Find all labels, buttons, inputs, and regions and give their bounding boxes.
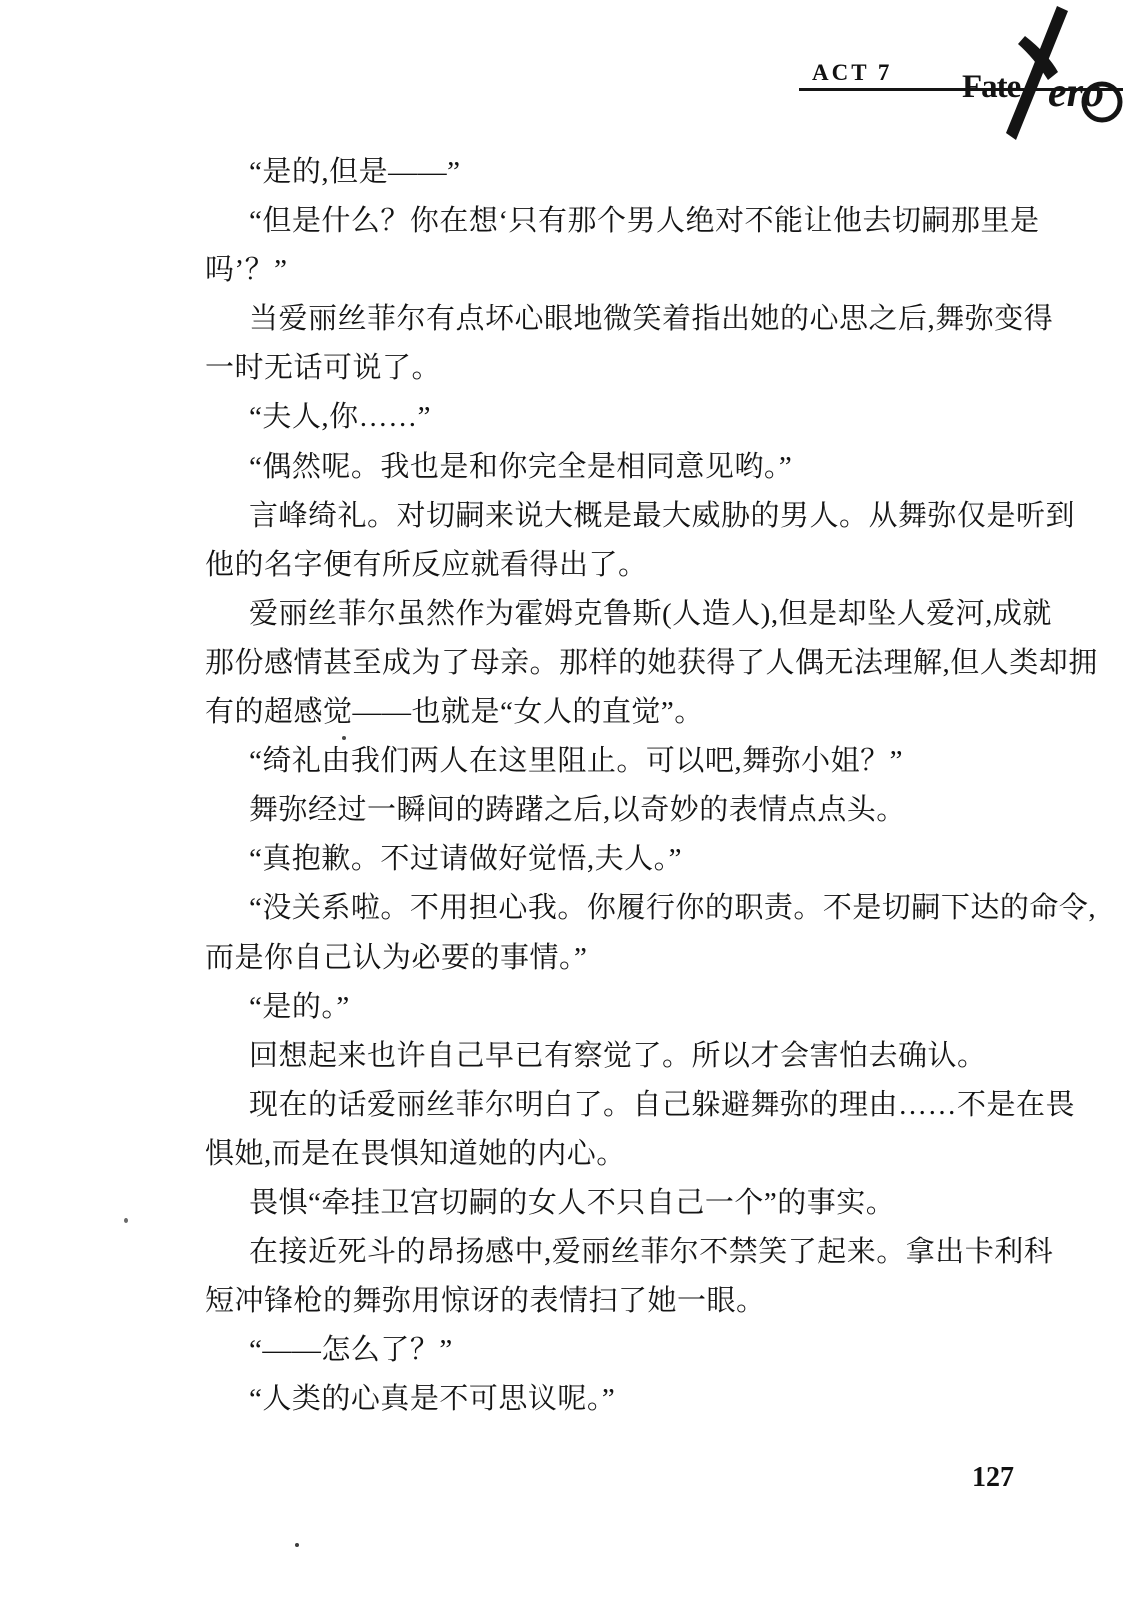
text-line: 回想起来也许自己早已有察觉了。所以才会害怕去确认。	[205, 1032, 991, 1081]
text-line: “人类的心真是不可思议呢。”	[205, 1375, 991, 1424]
fate-zero-logo-icon: Fate ero	[930, 2, 1130, 144]
text-line: 畏惧“牵挂卫宫切嗣的女人不只自己一个”的事实。	[205, 1179, 991, 1228]
text-line: 言峰绮礼。对切嗣来说大概是最大威胁的男人。从舞弥仅是听到	[205, 492, 991, 541]
text-line: 爱丽丝菲尔虽然作为霍姆克鲁斯(人造人),但是却坠人爱河,成就	[205, 590, 991, 639]
text-line: “是的,但是——”	[205, 148, 991, 197]
text-line: “偶然呢。我也是和你完全是相同意见哟。”	[205, 443, 991, 492]
text-line: 而是你自己认为必要的事情。”	[205, 934, 991, 983]
text-line: 他的名字便有所反应就看得出了。	[205, 541, 991, 590]
logo-zero-tail-text: ero	[1048, 70, 1104, 116]
text-line: 有的超感觉——也就是“女人的直觉”。	[205, 688, 991, 737]
text-line: 惧她,而是在畏惧知道她的内心。	[205, 1130, 991, 1179]
text-line: 短冲锋枪的舞弥用惊讶的表情扫了她一眼。	[205, 1277, 991, 1326]
ink-speck	[295, 1543, 299, 1547]
text-line: 舞弥经过一瞬间的踌躇之后,以奇妙的表情点点头。	[205, 786, 991, 835]
text-line: “真抱歉。不过请做好觉悟,夫人。”	[205, 835, 991, 884]
text-block: “是的,但是——”“但是什么？你在想‘只有那个男人绝对不能让他去切嗣那里是吗’？…	[205, 148, 991, 1424]
text-line: 一时无话可说了。	[205, 344, 991, 393]
text-line: “——怎么了？”	[205, 1326, 991, 1375]
ink-speck	[124, 1218, 128, 1223]
text-line: 当爱丽丝菲尔有点坏心眼地微笑着指出她的心思之后,舞弥变得	[205, 295, 991, 344]
chapter-act-label: ACT 7	[812, 60, 892, 86]
logo-fate-text: Fate	[962, 69, 1021, 105]
text-line: “是的。”	[205, 983, 991, 1032]
book-page: ACT 7 Fate ero “是的,但是——”“但是什么？你在想‘只有那个男人…	[0, 0, 1136, 1624]
page-number: 127	[972, 1462, 1014, 1494]
text-line: “但是什么？你在想‘只有那个男人绝对不能让他去切嗣那里是	[205, 197, 991, 246]
ink-speck	[342, 736, 346, 740]
text-line: 吗’？”	[205, 246, 991, 295]
text-line: 那份感情甚至成为了母亲。那样的她获得了人偶无法理解,但人类却拥	[205, 639, 991, 688]
text-line: “没关系啦。不用担心我。你履行你的职责。不是切嗣下达的命令,	[205, 884, 991, 933]
text-line: “绮礼由我们两人在这里阻止。可以吧,舞弥小姐？”	[205, 737, 991, 786]
text-line: 在接近死斗的昂扬感中,爱丽丝菲尔不禁笑了起来。拿出卡利科	[205, 1228, 991, 1277]
text-line: “夫人,你……”	[205, 393, 991, 442]
text-line: 现在的话爱丽丝菲尔明白了。自己躲避舞弥的理由……不是在畏	[205, 1081, 991, 1130]
